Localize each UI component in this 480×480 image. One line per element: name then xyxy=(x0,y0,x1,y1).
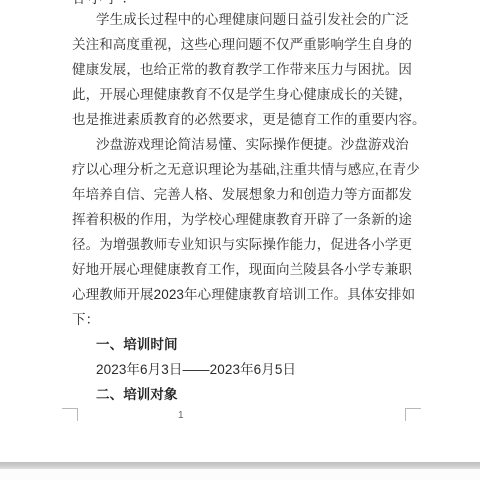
margin-crop-mark-left xyxy=(62,408,78,421)
doc-line: 挥着积极的作用，为学校心理健康教育开辟了一条新的途 xyxy=(72,207,417,232)
doc-line: 疗以心理分析之无意识理论为基础,注重共情与感应,在青少 xyxy=(72,157,417,182)
heading-training-target: 二、培训对象 xyxy=(72,382,417,407)
margin-crop-mark-right xyxy=(405,408,421,421)
doc-line: 心理教师开展2023年心理健康教育培训工作。具体安排如 xyxy=(72,282,417,307)
page-number: 1 xyxy=(178,410,184,421)
doc-line: 好地开展心理健康教育工作，现面向兰陵县各小学专兼职 xyxy=(72,257,417,282)
doc-line: 学生成长过程中的心理健康问题日益引发社会的广泛 xyxy=(72,7,417,32)
doc-line: 也是推进素质教育的必然要求，更是德育工作的重要内容。 xyxy=(72,107,417,132)
document-viewer: 各小学： 学生成长过程中的心理健康问题日益引发社会的广泛 关注和高度重视，这些心… xyxy=(0,0,480,480)
doc-line: 径。为增强教师专业知识与实际操作能力，促进各小学更 xyxy=(72,232,417,257)
heading-training-time: 一、培训时间 xyxy=(72,332,417,357)
letterhead-clipped-line: 各小学： xyxy=(72,0,138,6)
doc-line: 关注和高度重视，这些心理问题不仅严重影响学生自身的 xyxy=(72,32,417,57)
document-body: 学生成长过程中的心理健康问题日益引发社会的广泛 关注和高度重视，这些心理问题不仅… xyxy=(72,7,417,407)
document-page-1: 各小学： 学生成长过程中的心理健康问题日益引发社会的广泛 关注和高度重视，这些心… xyxy=(0,0,480,462)
training-date-line: 2023年6月3日——2023年6月5日 xyxy=(72,357,417,382)
document-page-2-top xyxy=(0,469,480,480)
doc-line: 年培养自信、完善人格、发展想象力和创造力等方面都发 xyxy=(72,182,417,207)
page-gap-band xyxy=(0,462,480,469)
doc-line: 沙盘游戏理论简洁易懂、实际操作便捷。沙盘游戏治 xyxy=(72,132,417,157)
doc-line: 下： xyxy=(72,307,417,332)
doc-line: 此，开展心理健康教育不仅是学生身心健康成长的关键， xyxy=(72,82,417,107)
doc-line: 健康发展，也给正常的教育教学工作带来压力与困扰。因 xyxy=(72,57,417,82)
